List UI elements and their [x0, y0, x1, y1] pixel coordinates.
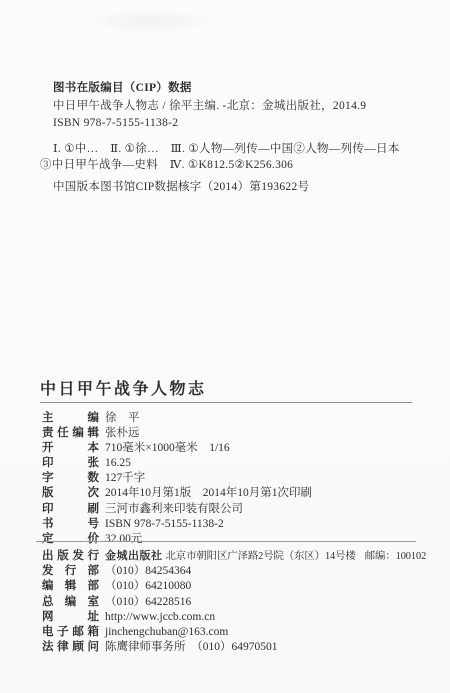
- cip-block: 图书在版编目（CIP）数据 中日甲午战争人物志 / 徐平主编. -北京：金城出版…: [40, 80, 414, 195]
- publisher-label: 出版发行: [42, 549, 99, 564]
- publisher-postcode: 邮编：100102: [365, 551, 426, 562]
- print-info-list: 主编 徐 平 责任编辑 张朴远 开本 710毫米×1000毫米 1/16 印张 …: [42, 411, 414, 547]
- info-row-printer: 印刷 三河市鑫利来印装有限公司: [42, 502, 414, 517]
- info-value: 710毫米×1000毫米 1/16: [105, 441, 230, 456]
- info-row-format: 开本 710毫米×1000毫米 1/16: [42, 441, 414, 456]
- publisher-name: 金城出版社: [105, 550, 163, 562]
- contact-label: 法律顾问: [42, 640, 99, 655]
- info-label: 责任编辑: [42, 426, 99, 441]
- info-label: 印张: [42, 456, 99, 471]
- info-row-chief-editor: 主编 徐 平: [42, 411, 414, 426]
- section-divider-rule: [36, 541, 416, 542]
- contact-value: （010）84254364: [105, 564, 191, 579]
- contact-label: 编辑部: [42, 579, 99, 594]
- contact-row-distribution-dept: 发行部 （010）84254364: [42, 564, 420, 579]
- contact-row-editorial-dept: 编辑部 （010）64210080: [42, 579, 420, 594]
- title-rule: [40, 402, 412, 403]
- cip-header: 图书在版编目（CIP）数据: [40, 80, 414, 96]
- cip-title-line: 中日甲午战争人物志 / 徐平主编. -北京：金城出版社，2014.9: [40, 98, 414, 114]
- publisher-row: 出版发行 金城出版社北京市朝阳区广泽路2号院（东区）14号楼邮编：100102: [42, 549, 420, 564]
- contact-row-legal-counsel: 法律顾问 陈鹰律师事务所 （010）64970501: [42, 640, 420, 655]
- info-value: 32.00元: [105, 532, 142, 547]
- info-value: 127千字: [105, 471, 145, 486]
- info-label: 主编: [42, 411, 99, 426]
- book-title: 中日甲午战争人物志: [40, 381, 412, 399]
- info-row-edition: 版次 2014年10月第1版 2014年10月第1次印刷: [42, 486, 414, 501]
- info-row-price: 定价 32.00元: [42, 532, 414, 547]
- info-value: 2014年10月第1版 2014年10月第1次印刷: [105, 486, 312, 501]
- info-label: 开本: [42, 441, 99, 456]
- info-row-word-count: 字数 127千字: [42, 471, 414, 486]
- info-label: 字数: [42, 471, 99, 486]
- info-label: 印刷: [42, 502, 99, 517]
- publisher-value: 金城出版社北京市朝阳区广泽路2号院（东区）14号楼邮编：100102: [105, 549, 426, 564]
- contact-label: 发行部: [42, 564, 99, 579]
- contact-value: （010）64210080: [105, 579, 191, 594]
- contact-label: 总编室: [42, 595, 99, 610]
- contact-label: 网址: [42, 610, 99, 625]
- contact-value-website: http://www.jccb.com.cn: [105, 610, 215, 625]
- info-value: ISBN 978-7-5155-1138-2: [105, 517, 224, 532]
- publisher-contact-list: 出版发行 金城出版社北京市朝阳区广泽路2号院（东区）14号楼邮编：100102 …: [42, 549, 420, 655]
- contact-row-website: 网址 http://www.jccb.com.cn: [42, 610, 420, 625]
- contact-label: 电子邮箱: [42, 625, 99, 640]
- scan-artifact: [80, 8, 220, 34]
- copyright-page: 图书在版编目（CIP）数据 中日甲午战争人物志 / 徐平主编. -北京：金城出版…: [0, 0, 450, 693]
- contact-value-email: jinchengchuban@163.com: [105, 625, 228, 640]
- cip-classification-line-2: ③中日甲午战争—史料 Ⅳ. ①K812.5②K256.306: [40, 157, 414, 173]
- info-value: 三河市鑫利来印装有限公司: [105, 502, 243, 517]
- publisher-address: 北京市朝阳区广泽路2号院（东区）14号楼: [166, 551, 356, 562]
- info-row-sheets: 印张 16.25: [42, 456, 414, 471]
- info-value: 徐 平: [105, 411, 140, 426]
- contact-value: 陈鹰律师事务所 （010）64970501: [105, 640, 278, 655]
- info-value: 张朴远: [105, 426, 140, 441]
- cip-record-number-line: 中国版本图书馆CIP数据核字（2014）第193622号: [40, 179, 414, 195]
- cip-isbn-line: ISBN 978-7-5155-1138-2: [40, 115, 414, 131]
- cip-classification-line-1: Ⅰ. ①中… Ⅱ. ①徐… Ⅲ. ①人物—列传—中国②人物—列传—日本: [40, 141, 414, 157]
- info-row-responsible-editor: 责任编辑 张朴远: [42, 426, 414, 441]
- info-label: 定价: [42, 532, 99, 547]
- info-label: 书号: [42, 517, 99, 532]
- info-label: 版次: [42, 486, 99, 501]
- contact-value: （010）64228516: [105, 595, 191, 610]
- contact-row-email: 电子邮箱 jinchengchuban@163.com: [42, 625, 420, 640]
- info-value: 16.25: [105, 456, 131, 471]
- contact-row-chief-editor-office: 总编室 （010）64228516: [42, 595, 420, 610]
- info-row-isbn: 书号 ISBN 978-7-5155-1138-2: [42, 517, 414, 532]
- title-block: 中日甲午战争人物志: [40, 381, 412, 403]
